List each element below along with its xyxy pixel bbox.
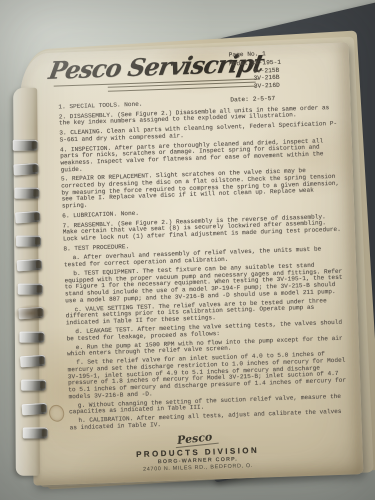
binding-ring — [22, 403, 48, 416]
binding-ring — [16, 236, 41, 247]
model-label: Model — [229, 60, 248, 68]
binding-ring — [18, 284, 43, 295]
binding-ring — [20, 355, 46, 368]
binding-ring — [23, 428, 48, 439]
manual-page: Pesco Serviscript Page No. 1 Model 3V-19… — [19, 42, 364, 485]
document-body: 1. SPECIAL TOOLS. None. 2. DISASSEMBLY. … — [58, 95, 349, 447]
binding-ring — [13, 140, 38, 151]
binding-ring — [21, 380, 46, 391]
binding-ring — [17, 259, 43, 272]
ring-stain — [47, 403, 66, 423]
pesco-logo: Pesco — [175, 429, 219, 447]
binding-ring — [14, 188, 39, 199]
serviscript-logotype: Pesco Serviscript — [49, 49, 250, 94]
binding-ring — [15, 211, 41, 224]
binding-ring — [13, 163, 39, 176]
binding-ring — [18, 307, 44, 320]
para-repair-or-replacement: 5. REPAIR OR REPLACEMENT. Slight scratch… — [61, 167, 341, 210]
binding-ring — [19, 332, 44, 343]
photo-scene: Pesco Serviscript Page No. 1 Model 3V-19… — [0, 0, 375, 500]
